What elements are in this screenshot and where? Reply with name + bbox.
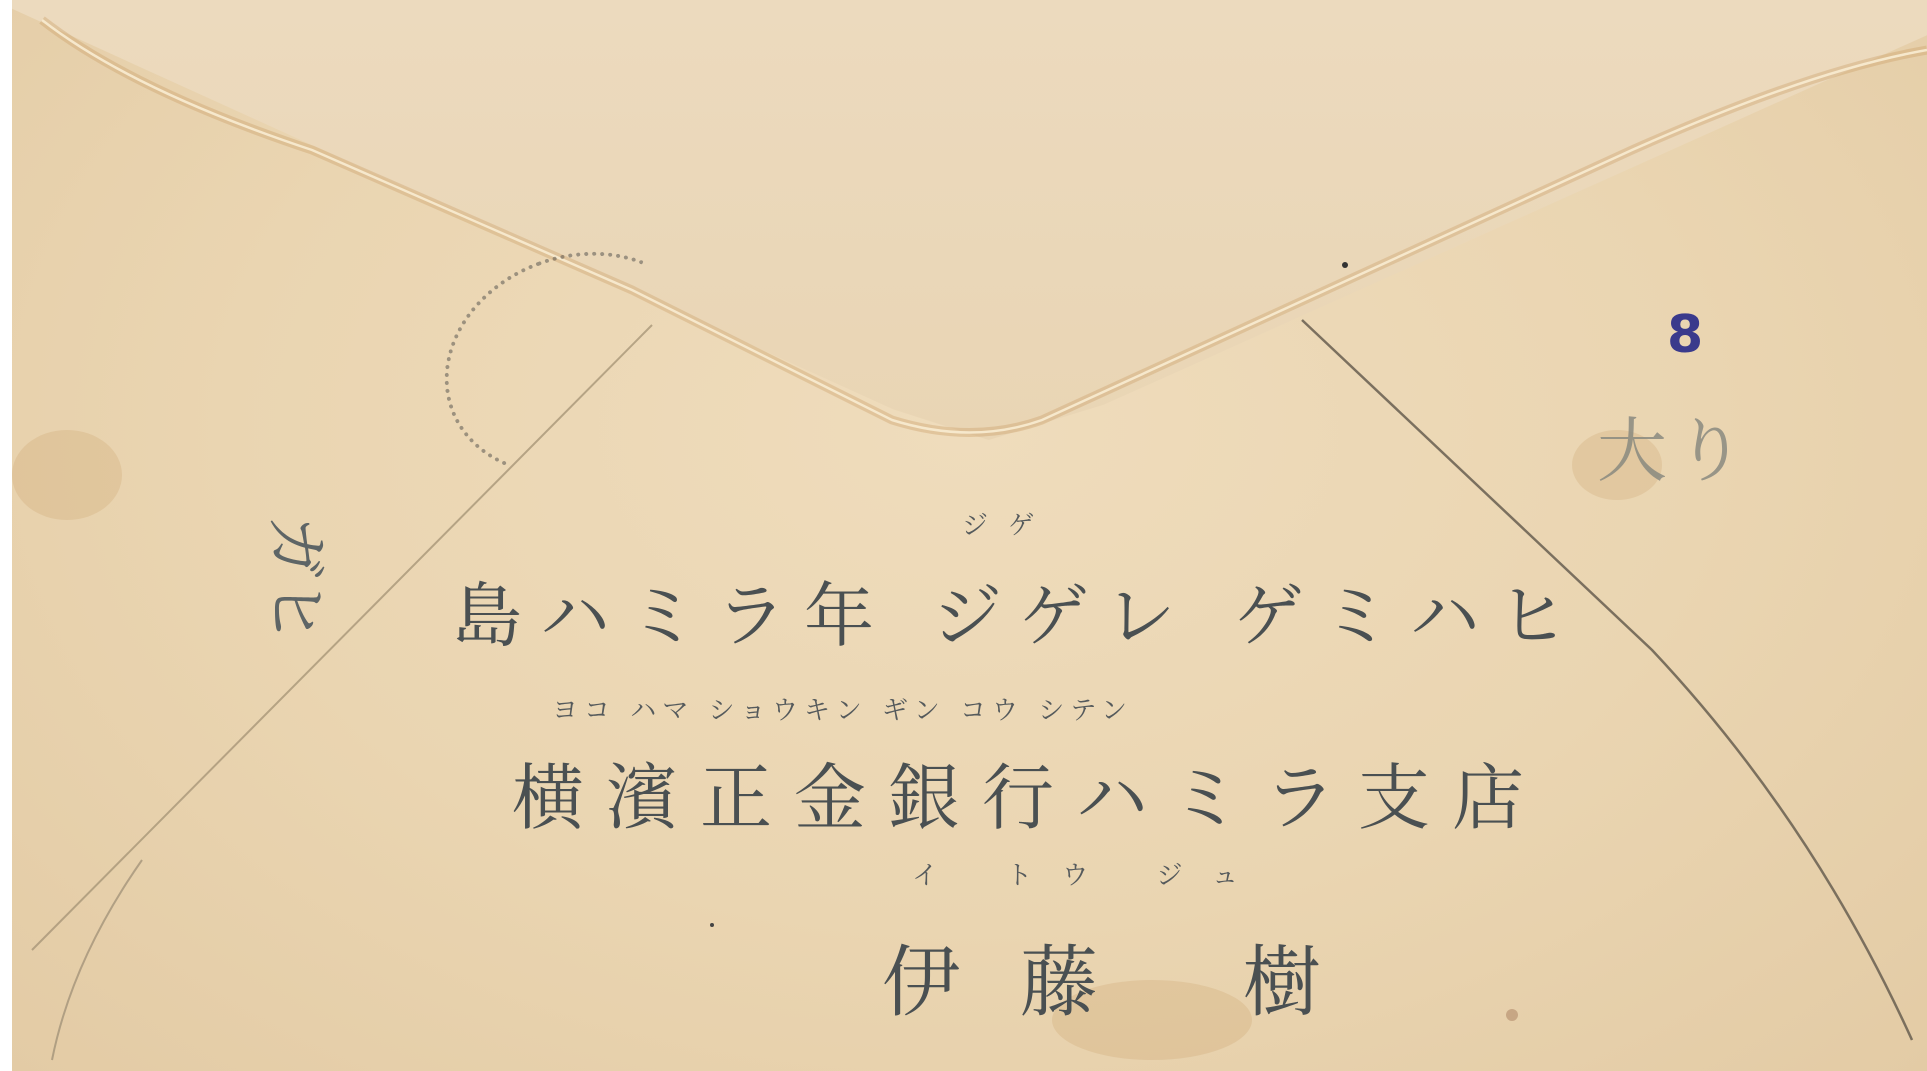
handwriting-line3-ruby: イ トウ ジュ — [912, 855, 1268, 892]
handwriting-line2: 横濱正金銀行ハミラ支店 — [512, 740, 1546, 844]
handwriting-line2-ruby: ヨコ ハマ ショウキン ギン コウ シテン — [552, 690, 1133, 727]
handwriting-line3: 伊藤 樹 — [882, 920, 1381, 1032]
envelope-back: 8 大り ガヒ ジ ゲ 島ハミラ年 ジゲレ ゲミハヒ ヨコ ハマ ショウキン ギ… — [12, 0, 1927, 1071]
handwriting-line1-ruby: ジ ゲ — [962, 505, 1040, 542]
handwriting-left-marks: ガヒ — [255, 515, 347, 643]
blue-number-mark: 8 — [1667, 305, 1703, 365]
pencil-note: 大り — [1597, 395, 1753, 496]
handwriting-line1: 島ハミラ年 ジゲレ ゲミハヒ — [452, 560, 1586, 661]
